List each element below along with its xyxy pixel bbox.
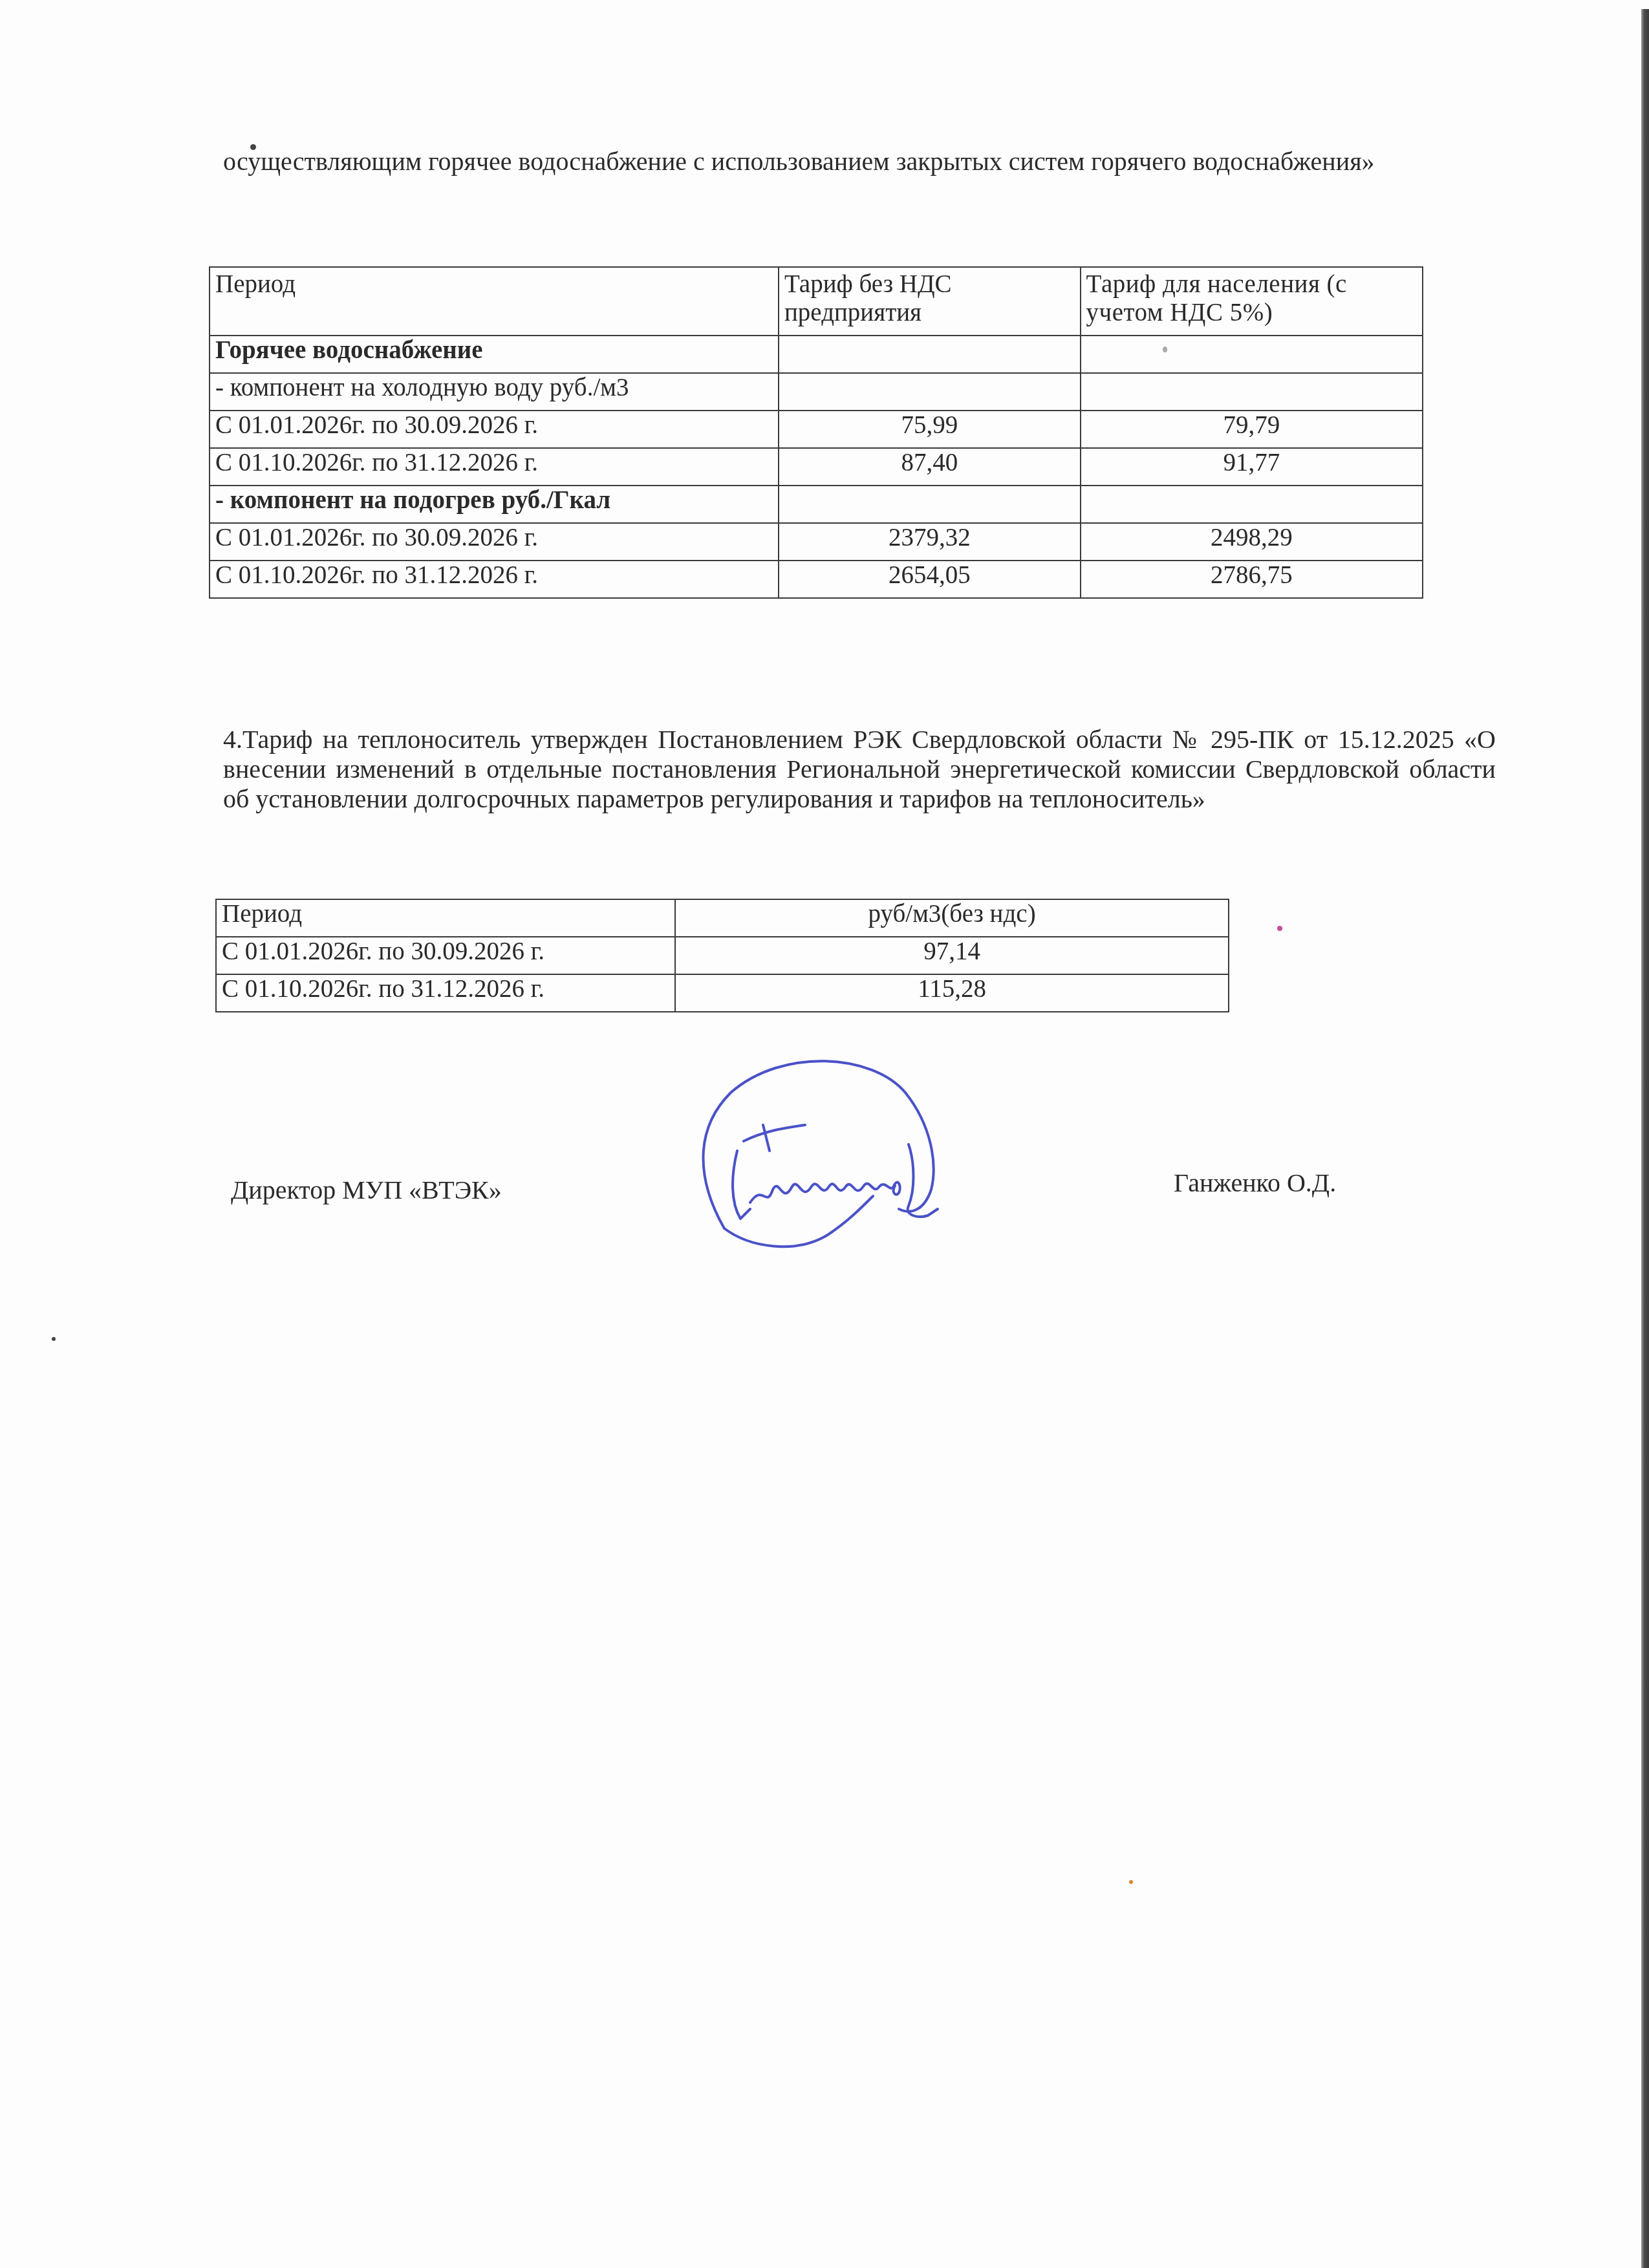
row-value-no-vat: 87,40 — [779, 448, 1081, 486]
row-value-no-vat — [779, 373, 1081, 411]
signatory-name: Ганженко О.Д. — [1174, 1168, 1336, 1198]
row-value: 115,28 — [675, 974, 1229, 1012]
row-value-population — [1081, 373, 1423, 411]
hot-water-tariff-table: Период Тариф без НДС предприятия Тариф д… — [209, 266, 1423, 599]
row-label: С 01.10.2026г. по 31.12.2026 г. — [216, 974, 675, 1012]
row-value-population: 79,79 — [1081, 411, 1423, 448]
header-tariff-population: Тариф для населения (с учетом НДС 5%) — [1081, 267, 1423, 336]
scan-edge — [1641, 9, 1649, 2268]
row-label: С 01.01.2026г. по 30.09.2026 г. — [210, 411, 779, 448]
table-row: - компонент на подогрев руб./Гкал — [210, 486, 1423, 523]
row-value-population — [1081, 486, 1423, 523]
table-row: С 01.01.2026г. по 30.09.2026 г. 75,99 79… — [210, 411, 1423, 448]
header-rub-per-m3: руб/м3(без ндс) — [675, 899, 1229, 937]
row-label: С 01.01.2026г. по 30.09.2026 г. — [216, 937, 675, 974]
row-label: С 01.10.2026г. по 31.12.2026 г. — [210, 448, 779, 486]
scan-speck — [1129, 1880, 1133, 1884]
row-label: Горячее водоснабжение — [210, 336, 779, 373]
row-value-no-vat: 2654,05 — [779, 561, 1081, 598]
row-value-population — [1081, 336, 1423, 373]
intro-paragraph: осуществляющим горячее водоснабжение с и… — [223, 146, 1496, 177]
table-header-row: Период Тариф без НДС предприятия Тариф д… — [210, 267, 1423, 336]
header-tariff-no-vat: Тариф без НДС предприятия — [779, 267, 1081, 336]
row-value-population: 2786,75 — [1081, 561, 1423, 598]
table-row: С 01.10.2026г. по 31.12.2026 г. 115,28 — [216, 974, 1229, 1012]
row-value-population: 2498,29 — [1081, 523, 1423, 561]
table-row: С 01.10.2026г. по 31.12.2026 г. 2654,05 … — [210, 561, 1423, 598]
section-4-paragraph: 4.Тариф на теплоноситель утвержден Поста… — [223, 725, 1496, 814]
row-value-no-vat: 2379,32 — [779, 523, 1081, 561]
table-row: Горячее водоснабжение — [210, 336, 1423, 373]
table-row: С 01.10.2026г. по 31.12.2026 г. 87,40 91… — [210, 448, 1423, 486]
handwritten-signature-icon — [653, 1054, 1067, 1267]
row-label: С 01.01.2026г. по 30.09.2026 г. — [210, 523, 779, 561]
row-label: - компонент на холодную воду руб./м3 — [210, 373, 779, 411]
scan-speck — [1277, 926, 1282, 931]
scan-speck — [250, 144, 256, 150]
header-period: Период — [210, 267, 779, 336]
row-value-no-vat: 75,99 — [779, 411, 1081, 448]
row-value-no-vat — [779, 336, 1081, 373]
row-value-no-vat — [779, 486, 1081, 523]
scan-speck — [52, 1337, 56, 1341]
signatory-title: Директор МУП «ВТЭК» — [231, 1175, 502, 1205]
heat-carrier-tariff-table: Период руб/м3(без ндс) С 01.01.2026г. по… — [215, 899, 1229, 1012]
scan-speck — [1163, 347, 1167, 352]
row-label: - компонент на подогрев руб./Гкал — [210, 486, 779, 523]
header-period: Период — [216, 899, 675, 937]
row-label: С 01.10.2026г. по 31.12.2026 г. — [210, 561, 779, 598]
row-value-population: 91,77 — [1081, 448, 1423, 486]
table-header-row: Период руб/м3(без ндс) — [216, 899, 1229, 937]
table-row: - компонент на холодную воду руб./м3 — [210, 373, 1423, 411]
row-value: 97,14 — [675, 937, 1229, 974]
table-row: С 01.01.2026г. по 30.09.2026 г. 2379,32 … — [210, 523, 1423, 561]
table-row: С 01.01.2026г. по 30.09.2026 г. 97,14 — [216, 937, 1229, 974]
